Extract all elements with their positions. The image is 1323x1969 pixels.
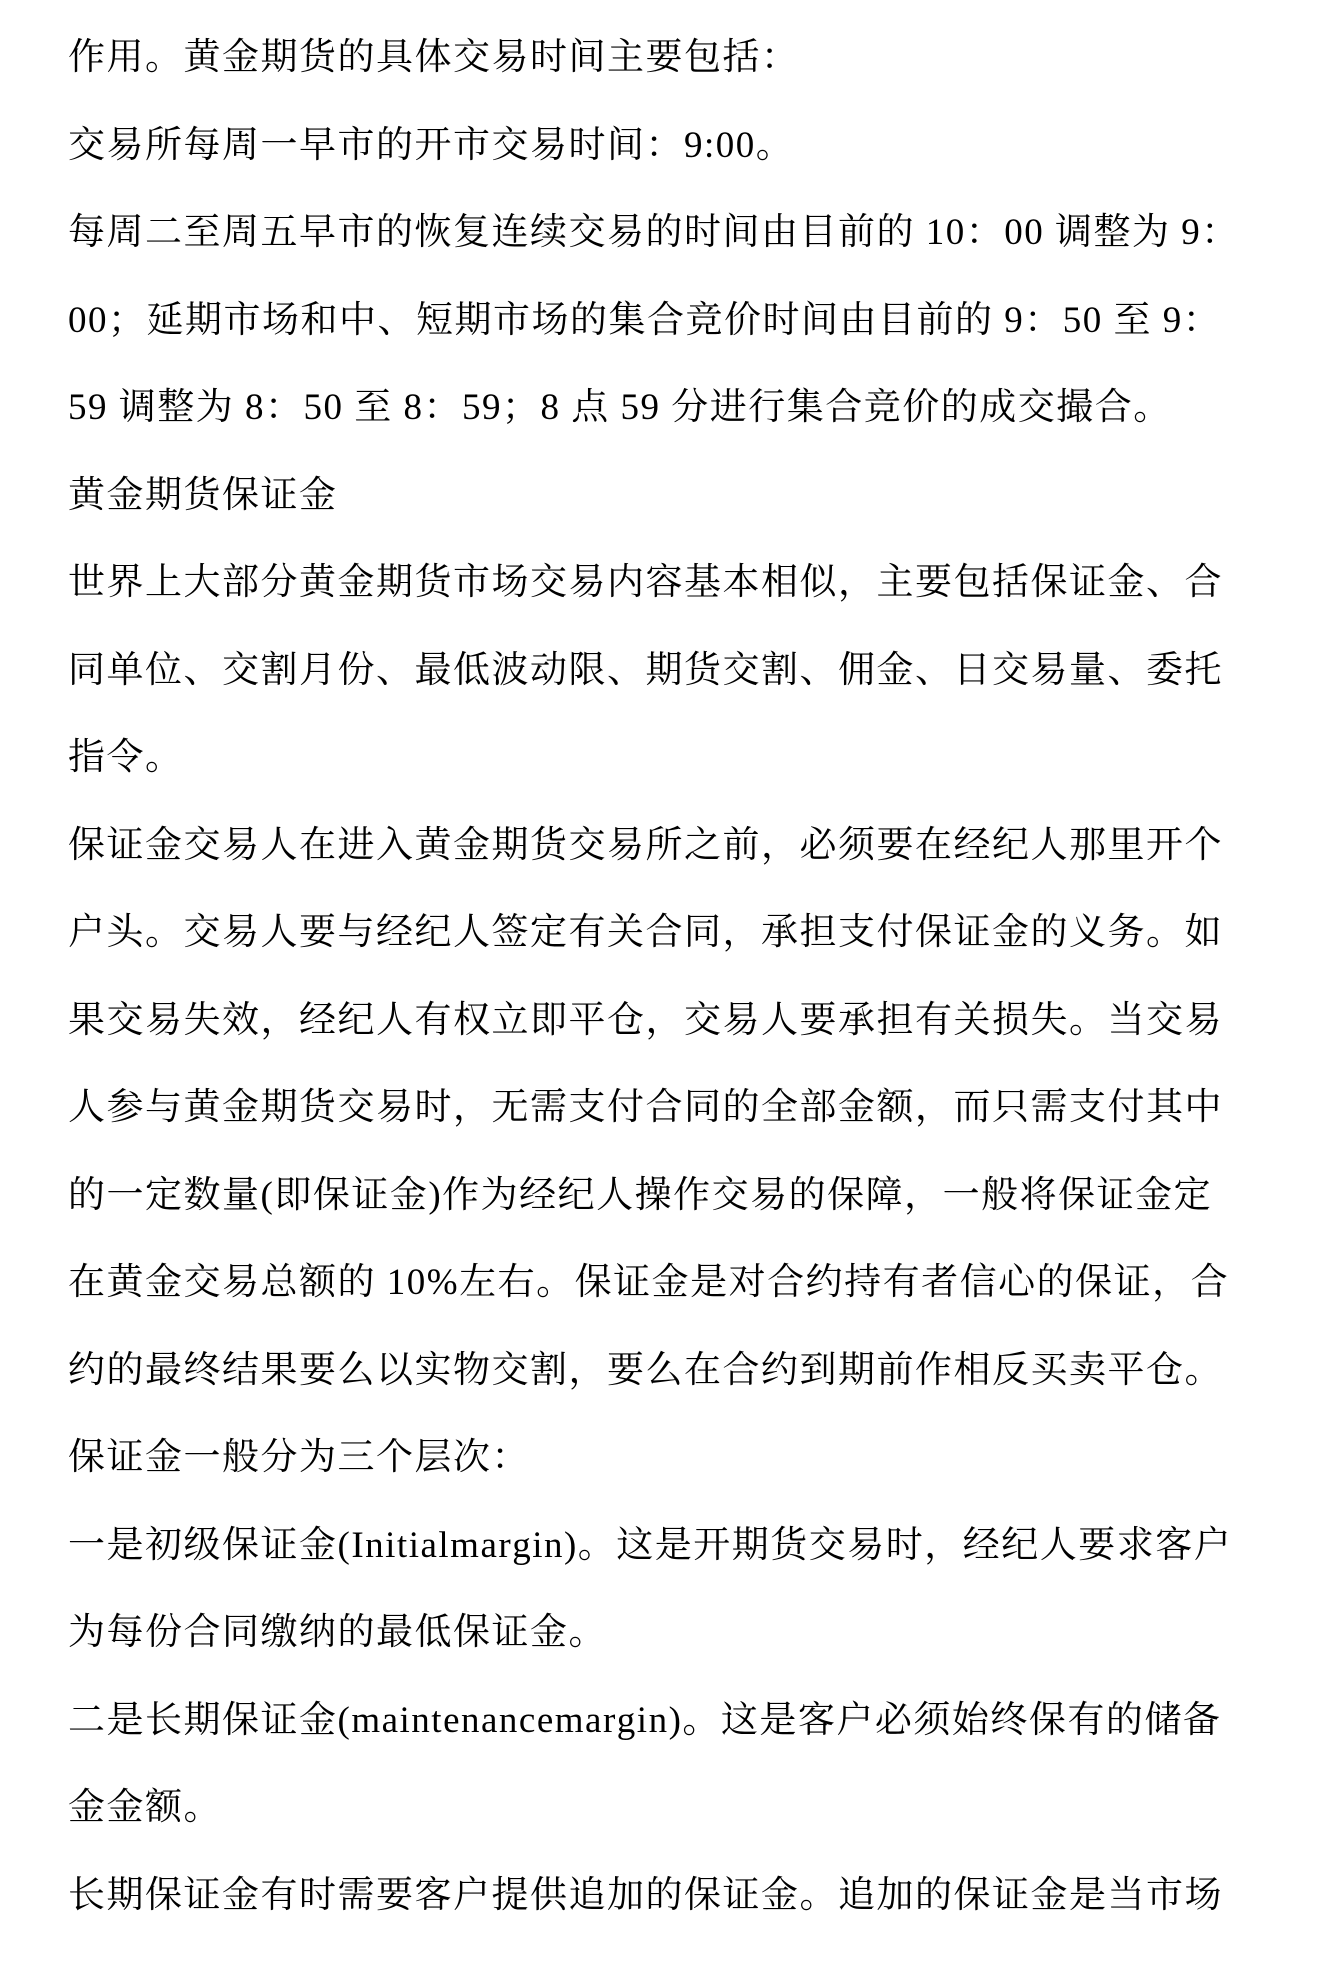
text-line: 交易所每周一早市的开市交易时间：9:00。	[68, 102, 1293, 190]
text-line: 在黄金交易总额的 10%左右。保证金是对合约持有者信心的保证，合	[68, 1239, 1293, 1327]
text-line: 00；延期市场和中、短期市场的集合竞价时间由目前的 9：50 至 9：	[68, 277, 1293, 365]
text-line: 长期保证金有时需要客户提供追加的保证金。追加的保证金是当市场	[68, 1852, 1293, 1940]
text-line: 金金额。	[68, 1764, 1293, 1852]
section-heading: 黄金期货保证金	[68, 452, 1293, 540]
text-line: 作用。黄金期货的具体交易时间主要包括：	[68, 14, 1293, 102]
document-page: 作用。黄金期货的具体交易时间主要包括： 交易所每周一早市的开市交易时间：9:00…	[0, 0, 1323, 1969]
text-line: 一是初级保证金(Initialmargin)。这是开期货交易时，经纪人要求客户	[68, 1502, 1293, 1590]
text-line: 为每份合同缴纳的最低保证金。	[68, 1589, 1293, 1677]
text-line: 保证金一般分为三个层次：	[68, 1414, 1293, 1502]
text-line: 指令。	[68, 714, 1293, 802]
text-line: 果交易失效，经纪人有权立即平仓，交易人要承担有关损失。当交易	[68, 977, 1293, 1065]
text-line: 每周二至周五早市的恢复连续交易的时间由目前的 10：00 调整为 9：	[68, 189, 1293, 277]
text-line: 户头。交易人要与经纪人签定有关合同，承担支付保证金的义务。如	[68, 889, 1293, 977]
text-line: 59 调整为 8：50 至 8：59；8 点 59 分进行集合竞价的成交撮合。	[68, 364, 1293, 452]
text-line: 约的最终结果要么以实物交割，要么在合约到期前作相反买卖平仓。	[68, 1327, 1293, 1415]
text-line: 二是长期保证金(maintenancemargin)。这是客户必须始终保有的储备	[68, 1677, 1293, 1765]
text-line: 人参与黄金期货交易时，无需支付合同的全部金额，而只需支付其中	[68, 1064, 1293, 1152]
text-line: 的一定数量(即保证金)作为经纪人操作交易的保障，一般将保证金定	[68, 1152, 1293, 1240]
text-line: 同单位、交割月份、最低波动限、期货交割、佣金、日交易量、委托	[68, 627, 1293, 715]
text-line: 保证金交易人在进入黄金期货交易所之前，必须要在经纪人那里开个	[68, 802, 1293, 890]
text-line: 世界上大部分黄金期货市场交易内容基本相似，主要包括保证金、合	[68, 539, 1293, 627]
